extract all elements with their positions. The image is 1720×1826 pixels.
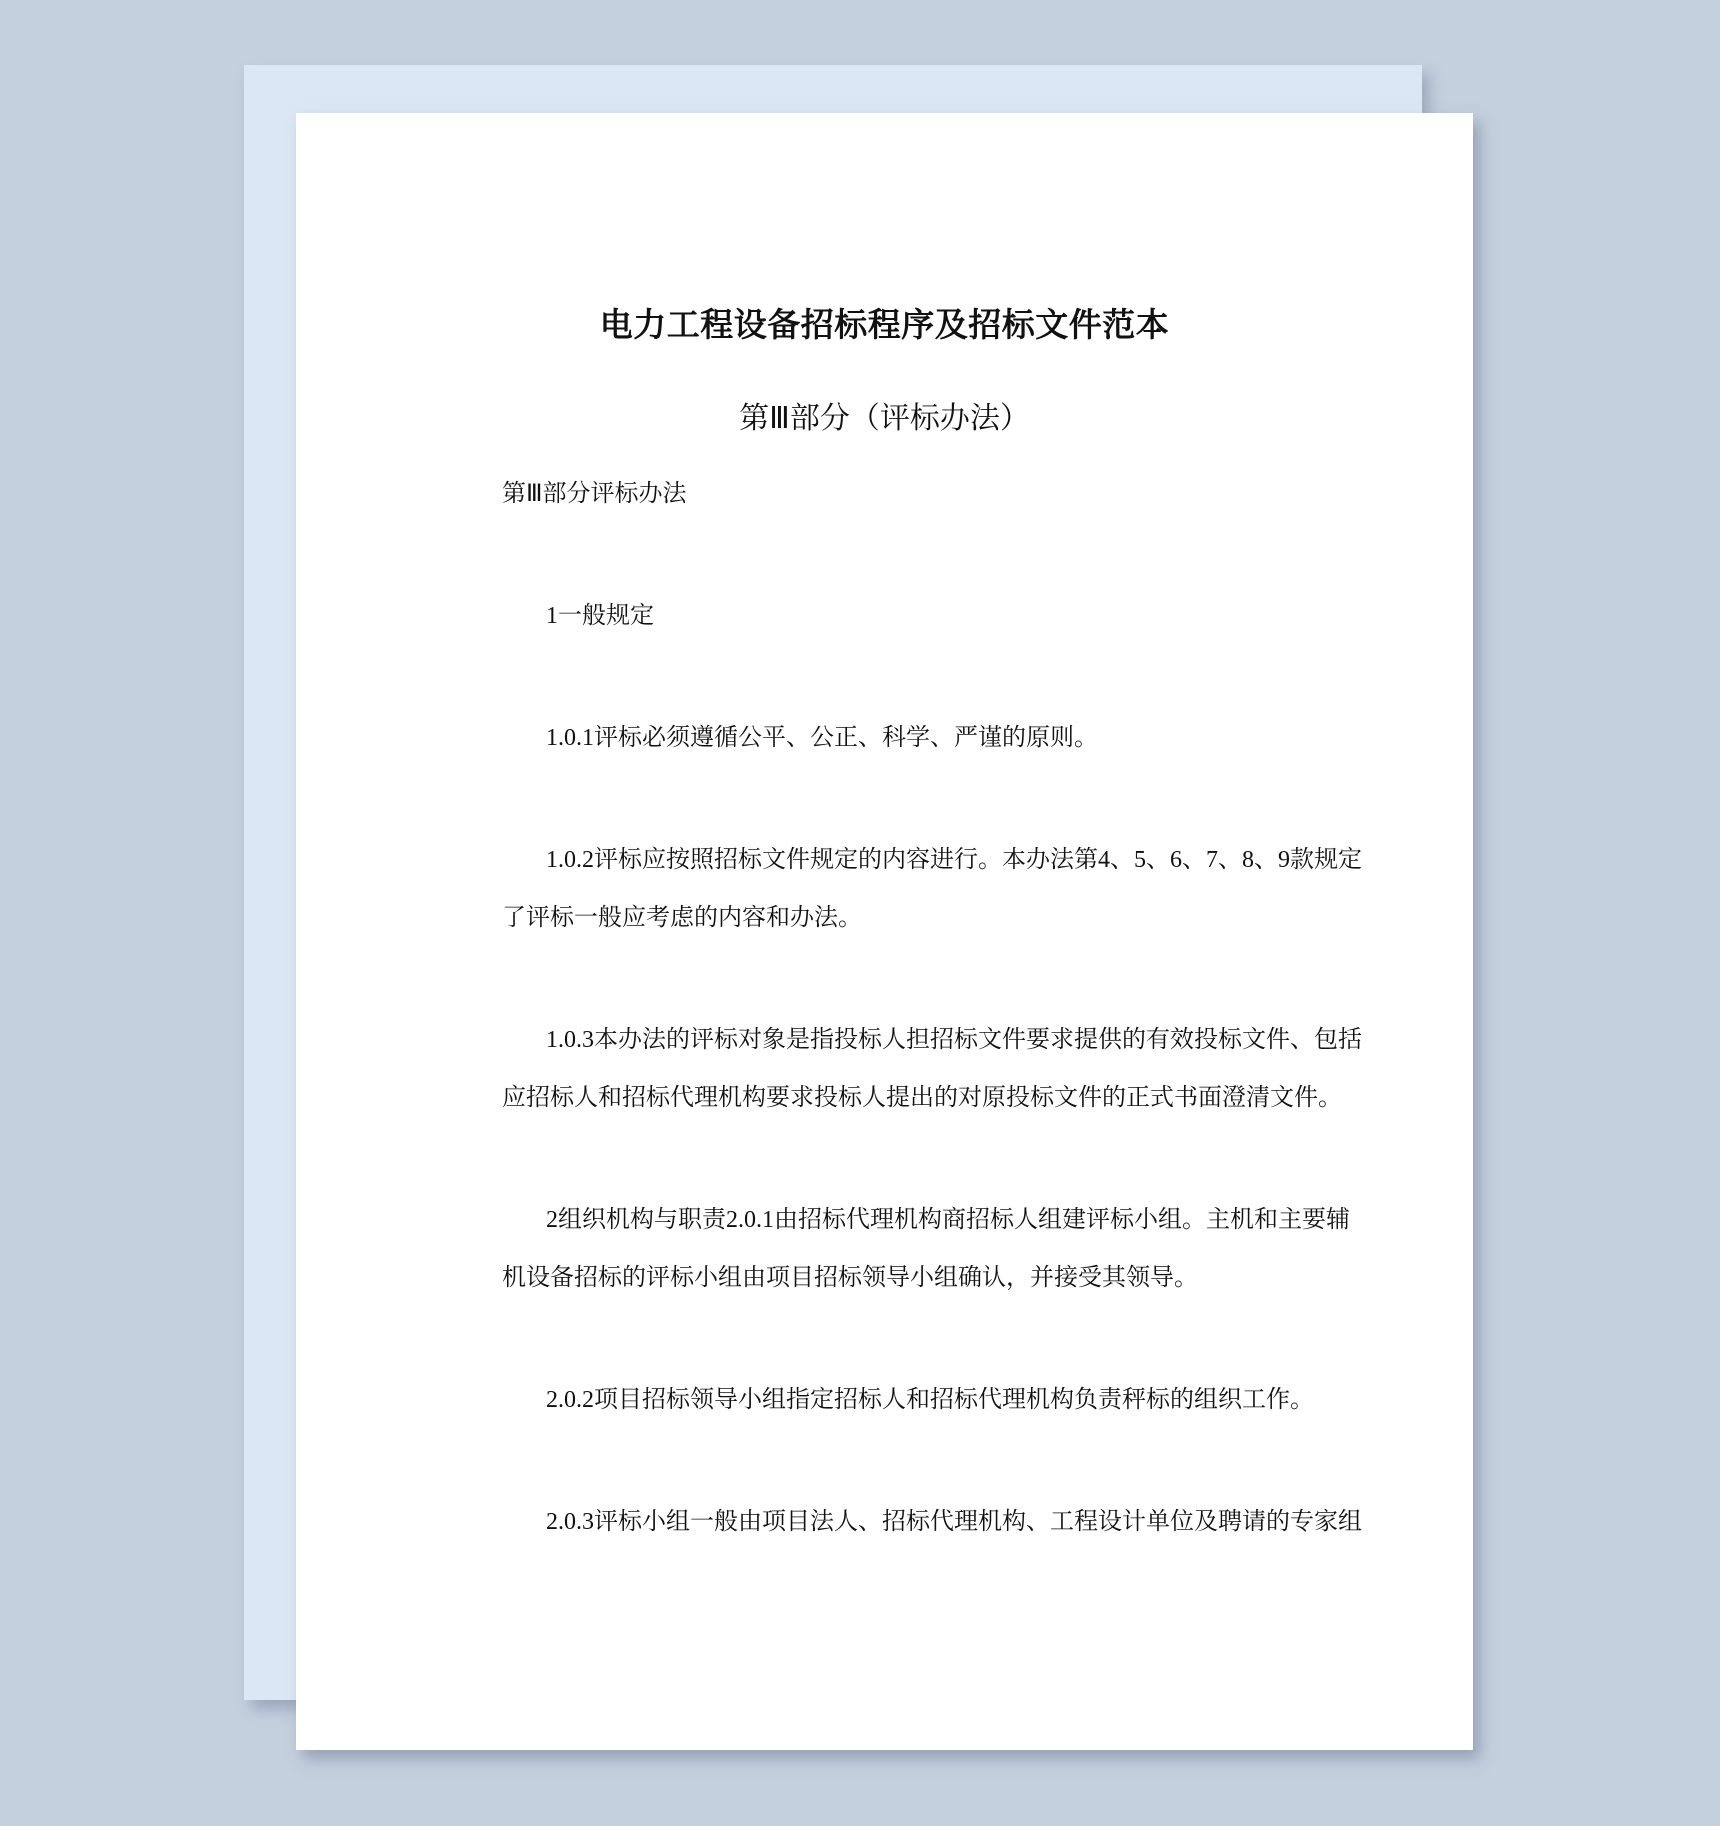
text-line: 1.0.3本办法的评标对象是指投标人担招标文件要求提供的有效投标文件、包括 bbox=[502, 1011, 1292, 1069]
text-line: 机设备招标的评标小组由项目招标领导小组确认，并接受其领导。 bbox=[502, 1249, 1292, 1307]
document-title: 电力工程设备招标程序及招标文件范本 bbox=[296, 305, 1473, 345]
paragraph-7: 2.0.3评标小组一般由项目法人、招标代理机构、工程设计单位及聘请的专家组 bbox=[502, 1493, 1292, 1551]
paragraph-1: 1一般规定 bbox=[502, 587, 1292, 645]
paragraph-2: 1.0.1评标必须遵循公平、公正、科学、严谨的原则。 bbox=[502, 709, 1292, 767]
template-preview-backdrop: { "colors": { "backdrop": "#c4d0de", "ba… bbox=[0, 0, 1720, 1826]
document-body: 第Ⅲ部分评标办法1一般规定1.0.1评标必须遵循公平、公正、科学、严谨的原则。1… bbox=[502, 465, 1292, 1551]
text-line: 1一般规定 bbox=[502, 587, 1292, 645]
text-line: 第Ⅲ部分评标办法 bbox=[502, 465, 1292, 523]
text-line: 1.0.1评标必须遵循公平、公正、科学、严谨的原则。 bbox=[502, 709, 1292, 767]
paragraph-4: 1.0.3本办法的评标对象是指投标人担招标文件要求提供的有效投标文件、包括应招标… bbox=[502, 1011, 1292, 1127]
text-line: 2.0.2项目招标领导小组指定招标人和招标代理机构负责秤标的组织工作。 bbox=[502, 1371, 1292, 1429]
paragraph-5: 2组织机构与职责2.0.1由招标代理机构商招标人组建评标小组。主机和主要辅机设备… bbox=[502, 1191, 1292, 1307]
text-line: 2组织机构与职责2.0.1由招标代理机构商招标人组建评标小组。主机和主要辅 bbox=[502, 1191, 1292, 1249]
paragraph-0: 第Ⅲ部分评标办法 bbox=[502, 465, 1292, 523]
text-line: 了评标一般应考虑的内容和办法。 bbox=[502, 889, 1292, 947]
paragraph-3: 1.0.2评标应按照招标文件规定的内容进行。本办法第4、5、6、7、8、9款规定… bbox=[502, 831, 1292, 947]
document-page: 电力工程设备招标程序及招标文件范本 第Ⅲ部分（评标办法） 第Ⅲ部分评标办法1一般… bbox=[296, 113, 1473, 1750]
text-line: 1.0.2评标应按照招标文件规定的内容进行。本办法第4、5、6、7、8、9款规定 bbox=[502, 831, 1292, 889]
paragraph-6: 2.0.2项目招标领导小组指定招标人和招标代理机构负责秤标的组织工作。 bbox=[502, 1371, 1292, 1429]
text-line: 应招标人和招标代理机构要求投标人提出的对原投标文件的正式书面澄清文件。 bbox=[502, 1069, 1292, 1127]
text-line: 2.0.3评标小组一般由项目法人、招标代理机构、工程设计单位及聘请的专家组 bbox=[502, 1493, 1292, 1551]
document-subtitle: 第Ⅲ部分（评标办法） bbox=[296, 401, 1473, 437]
